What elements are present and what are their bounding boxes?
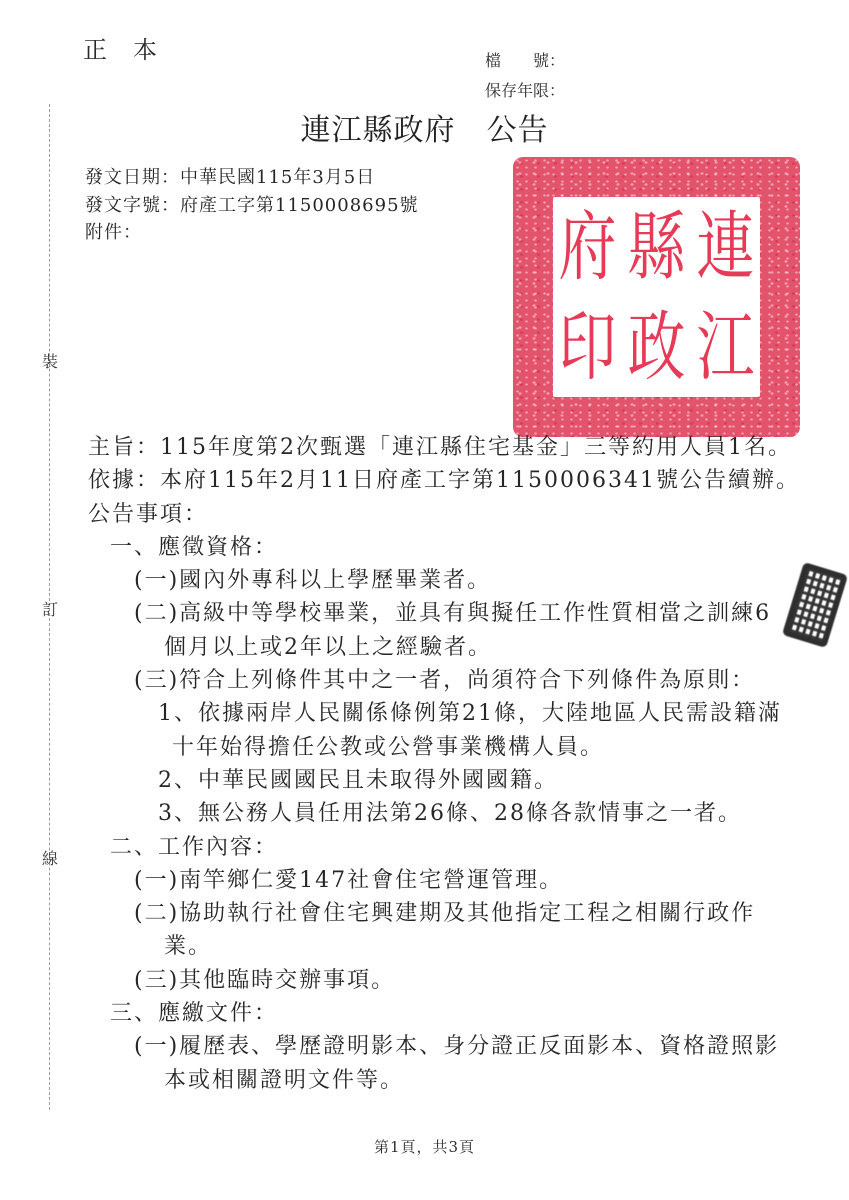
body-lines: 主旨：115年度第2次甄選「連江縣住宅基金」三等約用人員1名。依據：本府115年… (88, 431, 800, 1097)
government-seal-stamp: 連江縣政府印 (513, 157, 800, 437)
page-title: 連江縣政府 公告 (0, 105, 849, 149)
document-page: 正 本 檔 號： 保存年限： 連江縣政府 公告 發文日期：中華民國115年3月5… (0, 0, 849, 1200)
body-line: 主旨：115年度第2次甄選「連江縣住宅基金」三等約用人員1名。 (88, 431, 800, 464)
header-archive-fields: 檔 號： 保存年限： (485, 46, 565, 106)
body-line: 業。 (164, 930, 800, 963)
body-line: (一)國內外專科以上學歷畢業者。 (134, 564, 800, 597)
seal-column: 府印 (553, 197, 622, 397)
body-line: (三)符合上列條件其中之一者，尚須符合下列條件為原則： (134, 664, 800, 697)
binding-mark: 裝 (41, 349, 59, 372)
page-number: 第1頁，共3頁 (0, 1136, 849, 1157)
body-line: 二、工作內容： (110, 831, 800, 864)
seal-character: 政 (622, 282, 691, 412)
body-line: 三、應繳文件： (110, 997, 800, 1030)
body-line: (一)南竿鄉仁愛147社會住宅營運管理。 (134, 864, 800, 897)
binding-mark: 線 (41, 846, 59, 869)
body-line: 2、中華民國國民且未取得外國國籍。 (158, 764, 800, 797)
body-line: 1、依據兩岸人民關係條例第21條，大陸地區人民需設籍滿 (158, 697, 800, 730)
meta-line: 發文日期：中華民國115年3月5日 (85, 164, 419, 192)
seal-column: 連江 (691, 197, 760, 397)
body-line: 依據：本府115年2月11日府產工字第1150006341號公告續辦。 (88, 464, 800, 497)
body-line: (三)其他臨時交辦事項。 (134, 964, 800, 997)
body-line: 公告事項： (88, 498, 800, 531)
body-line: 3、無公務人員任用法第26條、28條各款情事之一者。 (158, 797, 800, 830)
file-number-label: 檔 號： (485, 46, 565, 76)
body-line: 本或相關證明文件等。 (164, 1064, 800, 1097)
body-line: 個月以上或2年以上之經驗者。 (164, 631, 800, 664)
meta-line: 附件： (85, 219, 419, 247)
body-line: (一)履歷表、學歷證明影本、身分證正反面影本、資格證照影 (134, 1030, 800, 1063)
body-line: (二)高級中等學校畢業，並具有與擬任工作性質相當之訓練6 (134, 597, 800, 630)
retention-period-label: 保存年限： (485, 76, 565, 106)
seal-character: 江 (691, 282, 760, 412)
meta-line: 發文字號：府產工字第1150008695號 (85, 192, 419, 220)
meta-lines: 發文日期：中華民國115年3月5日發文字號：府產工字第1150008695號附件… (85, 164, 419, 247)
seal-column: 縣政 (622, 197, 691, 397)
body-line: (二)協助執行社會住宅興建期及其他指定工程之相關行政作 (134, 897, 800, 930)
copy-label: 正 本 (83, 30, 158, 65)
binding-mark: 訂 (41, 597, 59, 620)
seal-inner-characters: 連江縣政府印 (553, 197, 760, 397)
seal-character: 印 (553, 282, 622, 412)
body-line: 一、應徵資格： (110, 531, 800, 564)
body-line: 十年始得擔任公教或公營事業機構人員。 (172, 731, 800, 764)
